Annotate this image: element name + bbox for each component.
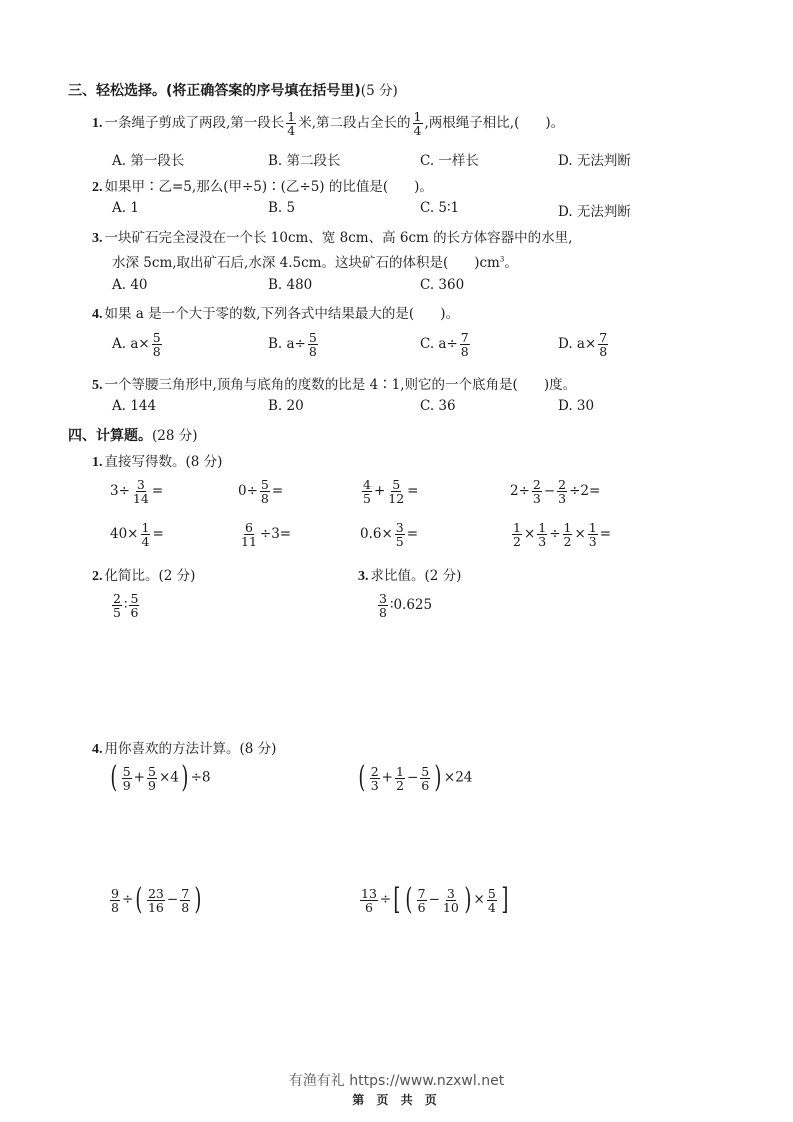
numerator: 1 [395, 765, 405, 779]
denominator: 5 [112, 606, 122, 619]
fraction: 12 [563, 521, 573, 548]
question-4-3: 3.求比值。(2 分) [358, 564, 461, 585]
denominator: 16 [147, 901, 165, 914]
fraction: 78 [460, 331, 470, 358]
fraction: 310 [442, 887, 460, 914]
option-d: D. 无法判断 [558, 149, 631, 169]
option-c: C. 5∶1 [420, 200, 459, 216]
expr-part: 2÷ [510, 483, 530, 499]
fraction: 56 [420, 765, 430, 792]
numerator: 1 [512, 521, 522, 535]
fraction: 35 [395, 521, 405, 548]
option-a: A. a×58 [112, 331, 164, 358]
numerator: 9 [110, 887, 120, 901]
fraction: 58 [152, 331, 162, 358]
question-text: )cm [474, 255, 500, 271]
numerator: 5 [122, 765, 132, 779]
numerator: 1 [563, 521, 573, 535]
numerator: 3 [446, 887, 456, 901]
operator: − [407, 770, 418, 786]
expr-part: = [272, 483, 283, 499]
denominator: 8 [152, 345, 162, 358]
numerator: 5 [129, 592, 139, 606]
question-3-2: 2.如果甲∶乙=5,那么(甲÷5)∶(乙÷5) 的比值是()。 [92, 175, 433, 196]
question-number: 4. [92, 742, 103, 757]
option-d: D. 无法判断 [558, 200, 631, 220]
fraction: 136 [360, 887, 378, 914]
fraction: 59 [122, 765, 132, 792]
expr-part: 0÷ [238, 483, 258, 499]
expr-part: ÷3= [260, 526, 291, 542]
calc-item-4: 2÷23−23÷2= [510, 478, 600, 505]
question-number: 3. [92, 231, 103, 246]
expr-part: = [600, 526, 611, 542]
denominator: 12 [387, 492, 405, 505]
operator: + [382, 770, 393, 786]
denominator: 8 [180, 901, 190, 914]
simplify-ratio-expr: 25∶56 [110, 592, 141, 619]
denominator: 9 [147, 779, 157, 792]
section-4-points: (28 分) [152, 428, 198, 444]
calc-item-7: 0.6×35= [360, 521, 418, 548]
numerator: 6 [244, 521, 254, 535]
calc-expr-3: 98÷(2316−78) [108, 885, 204, 915]
fraction: 512 [387, 478, 405, 505]
denominator: 8 [260, 492, 270, 505]
left-paren: ( [110, 763, 117, 793]
question-number: 4. [92, 307, 103, 322]
section-3-title: 三、轻松选择。(将正确答案的序号填在括号里) [68, 83, 361, 99]
numerator: 23 [147, 887, 165, 901]
fraction: 314 [132, 478, 150, 505]
question-4-1: 1.直接写得数。(8 分) [92, 450, 222, 471]
question-number: 1. [92, 455, 103, 470]
fraction: 58 [260, 478, 270, 505]
ratio-value-expr: 38∶0.625 [376, 592, 432, 619]
question-title: 求比值。(2 分) [371, 568, 462, 584]
numerator: 5 [487, 887, 497, 901]
denominator: 2 [512, 535, 522, 548]
question-title: 化简比。(2 分) [105, 568, 196, 584]
calc-item-5: 40×14= [110, 521, 164, 548]
numerator: 1 [588, 521, 598, 535]
question-text: 一个等腰三角形中,顶角与底角的度数的比是 4∶1,则它的一个底角是( [105, 377, 518, 393]
calc-expr-4: 136÷[(76−310)×54] [358, 885, 511, 915]
fraction: 12 [395, 765, 405, 792]
expr-part: = [407, 483, 418, 499]
expr-part: ÷2= [569, 483, 600, 499]
option-c: C. 360 [420, 277, 464, 293]
numerator: 2 [112, 592, 122, 606]
operator: × [474, 892, 485, 908]
question-text: 水深 5cm,取出矿石后,水深 4.5cm。这块矿石的体积是( [112, 255, 448, 271]
option-prefix: B. a÷ [268, 336, 306, 352]
ratio-sign: ∶ [124, 597, 128, 613]
calc-item-2: 0÷58= [238, 478, 283, 505]
question-text: )。 [440, 306, 459, 322]
left-paren: ( [405, 885, 412, 915]
option-b: B. a÷58 [268, 331, 320, 358]
denominator: 10 [442, 901, 460, 914]
denominator: 4 [413, 124, 423, 137]
option-a: A. 1 [112, 200, 139, 216]
calc-expr-2: (23+12−56)×24 [356, 763, 472, 793]
footer-site: 有渔有礼 https://www.nzxwl.net [0, 1070, 793, 1090]
option-a: A. 144 [112, 398, 156, 414]
denominator: 4 [286, 124, 296, 137]
question-text: ,两根绳子相比,( [425, 115, 520, 131]
numerator: 2 [532, 478, 542, 492]
numerator: 1 [537, 521, 547, 535]
numerator: 5 [391, 478, 401, 492]
numerator: 3 [378, 592, 388, 606]
denominator: 4 [487, 901, 497, 914]
fraction: 78 [598, 331, 608, 358]
numerator: 2 [370, 765, 380, 779]
fraction: 23 [532, 478, 542, 505]
calc-item-1: 3÷314= [110, 478, 163, 505]
option-b: B. 20 [268, 398, 304, 414]
left-paren: ( [136, 885, 143, 915]
question-number: 1. [92, 116, 103, 131]
fraction: 76 [417, 887, 427, 914]
option-prefix: D. a× [558, 336, 596, 352]
numerator: 5 [152, 331, 162, 345]
fraction: 59 [147, 765, 157, 792]
option-prefix: C. a÷ [420, 336, 458, 352]
numerator: 1 [141, 521, 151, 535]
expr-part: 40× [110, 526, 139, 542]
numerator: 7 [417, 887, 427, 901]
numerator: 7 [180, 887, 190, 901]
expr-part: ∶0.625 [390, 597, 432, 613]
fraction: 13 [537, 521, 547, 548]
option-a: A. 40 [112, 277, 148, 293]
calc-expr-1: (59+59×4)÷8 [108, 763, 210, 793]
fraction: 23 [370, 765, 380, 792]
denominator: 3 [532, 492, 542, 505]
operator: + [134, 770, 145, 786]
numerator: 1 [413, 110, 423, 124]
denominator: 9 [122, 779, 132, 792]
right-bracket: ] [501, 885, 508, 915]
expr-part: ×24 [444, 770, 473, 786]
question-title: 用你喜欢的方法计算。(8 分) [105, 741, 277, 757]
denominator: 5 [362, 492, 372, 505]
left-paren: ( [358, 763, 365, 793]
question-number: 5. [92, 378, 103, 393]
operator: × [524, 526, 535, 542]
denominator: 4 [141, 535, 151, 548]
question-text: 。 [504, 255, 518, 271]
fraction: 23 [557, 478, 567, 505]
fraction: 2316 [147, 887, 165, 914]
option-prefix: A. a× [112, 336, 150, 352]
fraction: 38 [378, 592, 388, 619]
numerator: 3 [395, 521, 405, 535]
denominator: 6 [364, 901, 374, 914]
question-3-1: 1.一条绳子剪成了两段,第一段长14米,第二段占全长的14,两根绳子相比,()。 [92, 110, 564, 137]
expr-part: 3÷ [110, 483, 130, 499]
denominator: 8 [598, 345, 608, 358]
fraction: 14 [141, 521, 151, 548]
fraction: 45 [362, 478, 372, 505]
denominator: 8 [460, 345, 470, 358]
numerator: 7 [460, 331, 470, 345]
calc-item-8: 12×13÷12×13= [510, 521, 611, 548]
option-a: A. 第一段长 [112, 149, 184, 169]
fraction: 58 [308, 331, 318, 358]
operator: − [544, 483, 555, 499]
option-c: C. 36 [420, 398, 456, 414]
question-text: 米,第二段占全长的 [298, 115, 410, 131]
question-4-2: 2.化简比。(2 分) [92, 564, 195, 585]
expr-part: 0.6× [360, 526, 393, 542]
denominator: 8 [110, 901, 120, 914]
right-paren: ) [195, 885, 202, 915]
operator: ÷ [122, 892, 133, 908]
calc-item-3: 45+512= [360, 478, 418, 505]
numerator: 5 [420, 765, 430, 779]
numerator: 5 [147, 765, 157, 779]
operator: − [429, 892, 440, 908]
denominator: 2 [563, 535, 573, 548]
question-text: 一条绳子剪成了两段,第一段长 [105, 115, 285, 131]
denominator: 14 [132, 492, 150, 505]
question-3-4: 4.如果 a 是一个大于零的数,下列各式中结果最大的是()。 [92, 302, 459, 323]
expr-part: = [152, 483, 163, 499]
fraction: 14 [413, 110, 423, 137]
section-3-heading: 三、轻松选择。(将正确答案的序号填在括号里)(5 分) [68, 79, 398, 100]
fraction: 14 [286, 110, 296, 137]
question-number: 2. [92, 569, 103, 584]
denominator: 5 [395, 535, 405, 548]
fraction: 78 [180, 887, 190, 914]
option-c: C. 一样长 [420, 149, 479, 169]
section-4-title: 四、计算题。 [68, 428, 152, 444]
operator: × [574, 526, 585, 542]
question-text: )。 [545, 115, 564, 131]
fraction: 54 [487, 887, 497, 914]
option-b: B. 480 [268, 277, 312, 293]
operator: ÷ [380, 892, 391, 908]
expr-part: ×4 [159, 770, 179, 786]
denominator: 6 [129, 606, 139, 619]
question-text: 一块矿石完全浸没在一个长 10cm、宽 8cm、高 6cm 的长方体容器中的水里… [105, 230, 573, 246]
denominator: 6 [417, 901, 427, 914]
fraction: 56 [129, 592, 139, 619]
right-paren: ) [464, 885, 471, 915]
question-3-3: 3.一块矿石完全浸没在一个长 10cm、宽 8cm、高 6cm 的长方体容器中的… [92, 226, 572, 247]
numerator: 13 [360, 887, 378, 901]
right-paren: ) [435, 763, 442, 793]
question-text: )度。 [544, 377, 576, 393]
right-paren: ) [181, 763, 188, 793]
question-number: 2. [92, 180, 103, 195]
option-b: B. 第二段长 [268, 149, 341, 169]
operator: − [167, 892, 178, 908]
question-text: 如果甲∶乙=5,那么(甲÷5)∶(乙÷5) 的比值是( [105, 179, 389, 195]
numerator: 3 [136, 478, 146, 492]
denominator: 11 [240, 535, 258, 548]
fraction: 12 [512, 521, 522, 548]
option-b: B. 5 [268, 200, 295, 216]
fraction: 13 [588, 521, 598, 548]
denominator: 3 [537, 535, 547, 548]
question-3-5: 5.一个等腰三角形中,顶角与底角的度数的比是 4∶1,则它的一个底角是()度。 [92, 373, 576, 394]
denominator: 2 [395, 779, 405, 792]
fraction: 98 [110, 887, 120, 914]
denominator: 6 [420, 779, 430, 792]
question-text: 如果 a 是一个大于零的数,下列各式中结果最大的是( [105, 306, 415, 322]
numerator: 1 [286, 110, 296, 124]
question-number: 3. [358, 569, 369, 584]
numerator: 2 [557, 478, 567, 492]
numerator: 5 [260, 478, 270, 492]
question-4-4: 4.用你喜欢的方法计算。(8 分) [92, 737, 276, 758]
footer-page-number: 第 页 共 页 [0, 1091, 793, 1108]
question-text: )。 [414, 179, 433, 195]
denominator: 8 [378, 606, 388, 619]
option-c: C. a÷78 [420, 331, 472, 358]
calc-item-6: 611÷3= [238, 521, 291, 548]
operator: ÷ [549, 526, 560, 542]
denominator: 3 [557, 492, 567, 505]
expr-part: = [152, 526, 163, 542]
expr-part: ÷8 [191, 770, 211, 786]
left-bracket: [ [394, 885, 401, 915]
fraction: 611 [240, 521, 258, 548]
section-3-points: (5 分) [361, 83, 398, 99]
numerator: 4 [362, 478, 372, 492]
numerator: 7 [598, 331, 608, 345]
expr-part: = [407, 526, 418, 542]
denominator: 8 [308, 345, 318, 358]
option-d: D. 30 [558, 398, 594, 414]
denominator: 3 [370, 779, 380, 792]
fraction: 25 [112, 592, 122, 619]
option-d: D. a×78 [558, 331, 610, 358]
question-3-3-line2: 水深 5cm,取出矿石后,水深 4.5cm。这块矿石的体积是()cm3。 [112, 251, 518, 271]
operator: + [374, 483, 385, 499]
denominator: 3 [588, 535, 598, 548]
question-title: 直接写得数。(8 分) [105, 454, 223, 470]
section-4-heading: 四、计算题。(28 分) [68, 424, 198, 445]
numerator: 5 [308, 331, 318, 345]
